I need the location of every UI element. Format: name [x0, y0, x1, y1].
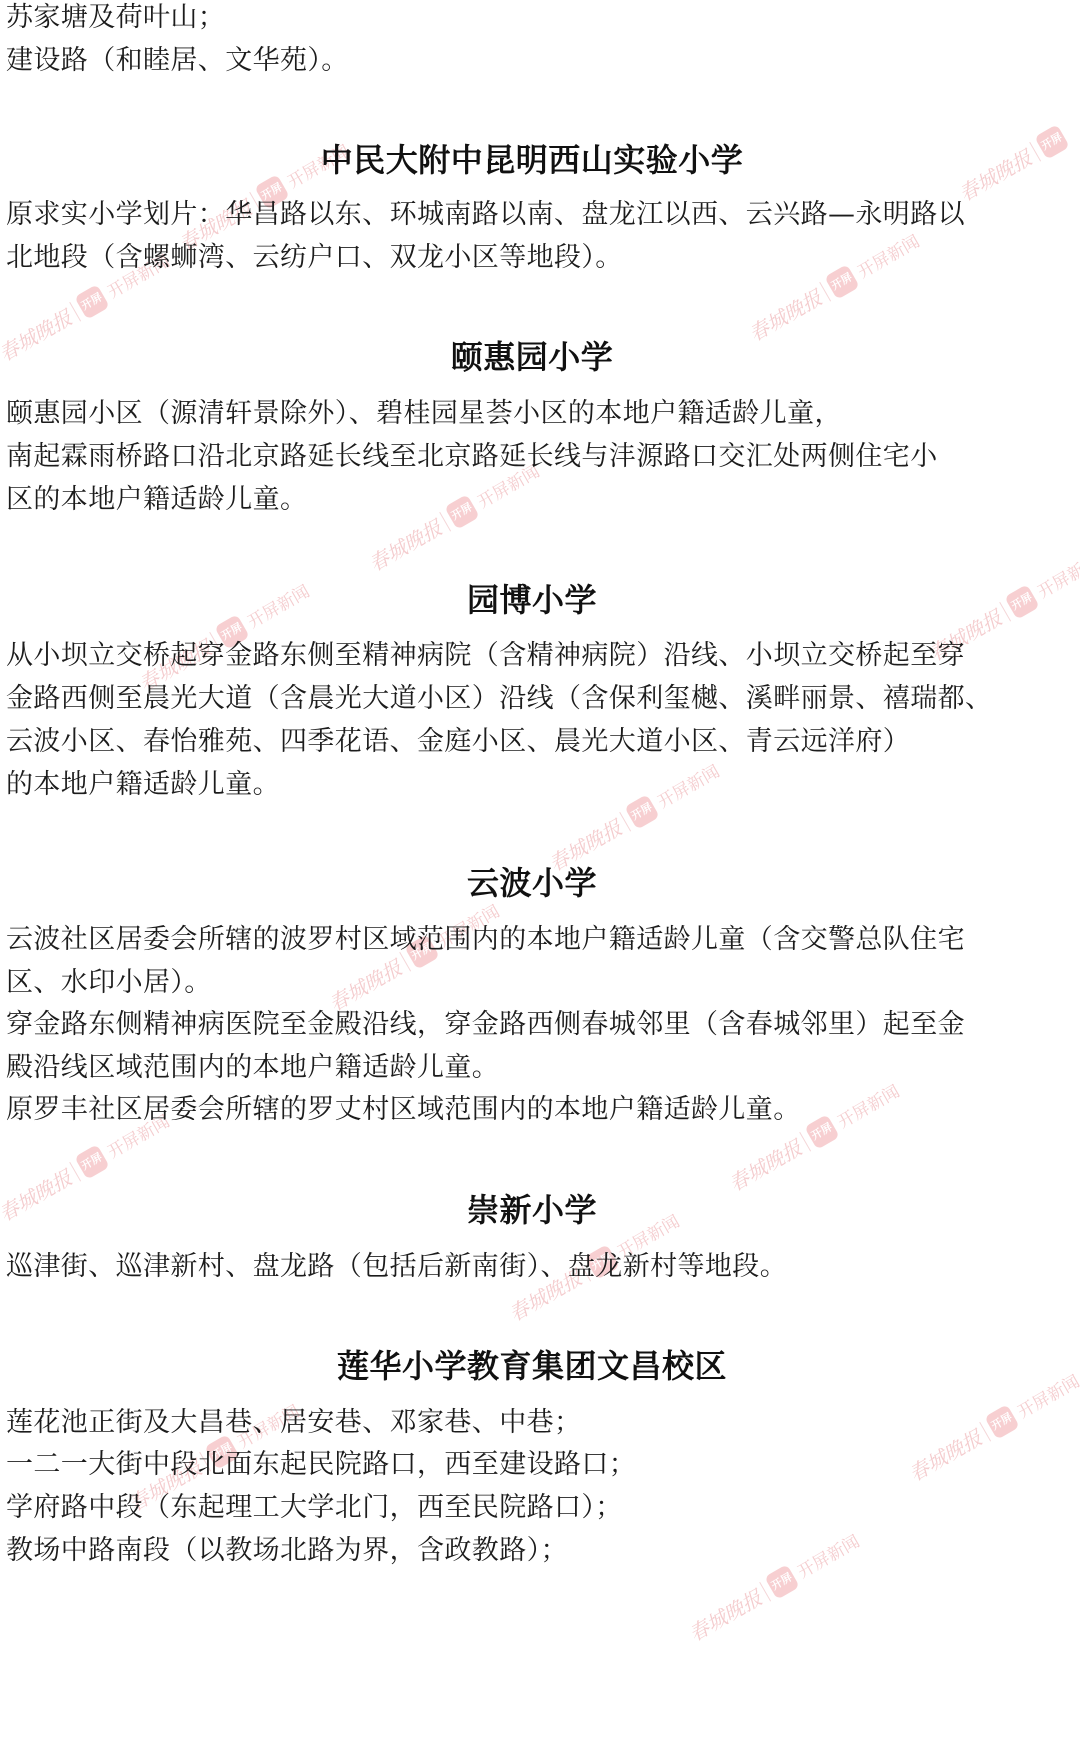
section-title: 莲华小学教育集团文昌校区 [0, 1346, 1064, 1386]
intro-line: 建设路（和睦居、文华苑）。 [6, 43, 349, 79]
watermark: 春城晚报 开屏 开屏新闻 [683, 1525, 865, 1647]
section-line: 原求实小学划片：华昌路以东、环城南路以南、盘龙江以西、云兴路—永明路以 [6, 197, 965, 233]
watermark-brand: 开屏新闻 [832, 1077, 903, 1133]
kaiping-logo-icon: 开屏 [74, 1144, 110, 1180]
section-line: 的本地户籍适龄儿童。 [6, 767, 280, 803]
watermark-divider [69, 301, 81, 321]
watermark: 春城晚报 开屏 开屏新闻 [543, 755, 725, 877]
section-line: 殿沿线区域范围内的本地户籍适龄儿童。 [6, 1050, 499, 1086]
section-line: 教场中路南段（以教场北路为界，含政教路）； [6, 1533, 568, 1569]
watermark-publisher: 春城晚报 [683, 1582, 767, 1647]
section-line: 区、水印小居）。 [6, 965, 212, 1001]
section-line: 北地段（含螺蛳湾、云纺户口、双龙小区等地段）。 [6, 240, 623, 276]
section-line: 金路西侧至晨光大道（含晨光大道小区）沿线（含保利玺樾、溪畔丽景、禧瑞都、 [6, 681, 992, 717]
section-line: 南起霖雨桥路口沿北京路延长线至北京路延长线与沣源路口交汇处两侧住宅小 [6, 439, 938, 475]
watermark-publisher: 春城晚报 [723, 1132, 807, 1197]
kaiping-logo-icon: 开屏 [444, 494, 480, 530]
watermark-brand: 开屏新闻 [652, 757, 723, 813]
watermark-divider [979, 1421, 991, 1441]
section-line: 学府路中段（东起理工大学北门，西至民院路口）； [6, 1490, 623, 1526]
section-line: 区的本地户籍适龄儿童。 [6, 482, 307, 518]
document-page: 春城晚报 开屏 开屏新闻 春城晚报 开屏 春城晚报 开屏 开屏新闻 春城晚报 开… [0, 0, 1080, 1751]
section-line: 一二一大街中段北面东起民院路口，西至建设路口； [6, 1447, 636, 1483]
kaiping-logo-icon: 开屏 [764, 1564, 800, 1600]
watermark-divider [619, 811, 631, 831]
section-line: 云波社区居委会所辖的波罗村区域范围内的本地户籍适龄儿童（含交警总队住宅 [6, 922, 965, 958]
section-line: 穿金路东侧精神病医院至金殿沿线，穿金路西侧春城邻里（含春城邻里）起至金 [6, 1007, 965, 1043]
kaiping-logo-icon: 开屏 [624, 794, 660, 830]
kaiping-logo-icon: 开屏 [74, 284, 110, 320]
kaiping-logo-icon: 开屏 [824, 264, 860, 300]
watermark-divider [69, 1161, 81, 1181]
section-line: 从小坝立交桥起穿金路东侧至精神病院（含精神病院）沿线、小坝立交桥起至穿 [6, 638, 965, 674]
intro-line: 苏家塘及荷叶山； [6, 0, 225, 36]
section-title: 颐惠园小学 [0, 337, 1064, 377]
kaiping-logo-icon: 开屏 [804, 1114, 840, 1150]
watermark-brand: 开屏新闻 [852, 227, 923, 283]
section-line: 原罗丰社区居委会所辖的罗丈村区域范围内的本地户籍适龄儿童。 [6, 1092, 801, 1128]
watermark-publisher: 春城晚报 [363, 512, 447, 577]
watermark-brand: 开屏新闻 [792, 1527, 863, 1583]
section-title: 中民大附中昆明西山实验小学 [0, 140, 1064, 180]
watermark-divider [819, 281, 831, 301]
watermark-divider [799, 1131, 811, 1151]
kaiping-logo-icon: 开屏 [984, 1404, 1020, 1440]
section-line: 颐惠园小区（源清轩景除外）、碧桂园星荟小区的本地户籍适龄儿童， [6, 396, 842, 432]
section-title: 云波小学 [0, 863, 1064, 903]
section-title: 崇新小学 [0, 1190, 1064, 1230]
watermark: 春城晚报 开屏 开屏新闻 [743, 225, 925, 347]
watermark-divider [439, 511, 451, 531]
section-line: 莲花池正街及大昌巷、居安巷、邓家巷、中巷； [6, 1405, 581, 1441]
section-line: 云波小区、春怡雅苑、四季花语、金庭小区、晨光大道小区、青云远洋府） [6, 724, 910, 760]
section-line: 巡津街、巡津新村、盘龙路（包括后新南街）、盘龙新村等地段。 [6, 1249, 787, 1285]
watermark-divider [759, 1581, 771, 1601]
section-title: 园博小学 [0, 580, 1064, 620]
watermark-publisher: 春城晚报 [903, 1422, 987, 1487]
